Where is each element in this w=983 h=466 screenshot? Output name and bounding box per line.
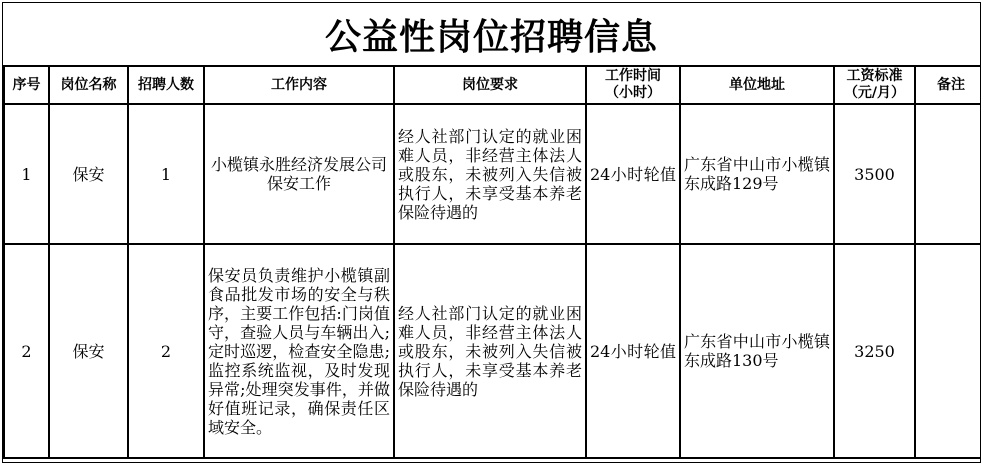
cell-salary: 3500 <box>834 104 915 244</box>
page-title: 公益性岗位招聘信息 <box>325 9 658 60</box>
cell-requirements: 经人社部门认定的就业困难人员，非经营主体法人或股东，未被列入失信被执行人，未享受… <box>394 104 586 244</box>
col-header-requirements: 岗位要求 <box>394 66 586 104</box>
title-bar: 公益性岗位招聘信息 <box>3 3 980 65</box>
col-header-notes: 备注 <box>915 66 981 104</box>
cell-address: 广东省中山市小榄镇东成路130号 <box>680 244 834 458</box>
cell-position: 保安 <box>49 244 128 458</box>
cell-duties: 保安员负责维护小榄镇副食品批发市场的安全与秩序，主要工作包括:门岗值守，查验人员… <box>204 244 394 458</box>
cell-position: 保安 <box>49 104 128 244</box>
cell-hours: 24小时轮值 <box>586 104 680 244</box>
col-header-seq: 序号 <box>4 66 49 104</box>
cell-headcount: 2 <box>128 244 204 458</box>
col-header-position: 岗位名称 <box>49 66 128 104</box>
cell-notes <box>915 104 981 244</box>
cell-salary: 3250 <box>834 244 915 458</box>
table-body: 1 保安 1 小榄镇永胜经济发展公司保安工作 经人社部门认定的就业困难人员，非经… <box>4 104 981 458</box>
table-header: 序号 岗位名称 招聘人数 工作内容 岗位要求 工作时间 （小时） 单位地址 工资… <box>4 66 981 104</box>
recruitment-table: 序号 岗位名称 招聘人数 工作内容 岗位要求 工作时间 （小时） 单位地址 工资… <box>3 65 981 459</box>
header-row: 序号 岗位名称 招聘人数 工作内容 岗位要求 工作时间 （小时） 单位地址 工资… <box>4 66 981 104</box>
table-row: 2 保安 2 保安员负责维护小榄镇副食品批发市场的安全与秩序，主要工作包括:门岗… <box>4 244 981 458</box>
col-header-headcount: 招聘人数 <box>128 66 204 104</box>
cell-requirements: 经人社部门认定的就业困难人员，非经营主体法人或股东，未被列入失信被执行人，未享受… <box>394 244 586 458</box>
cell-address: 广东省中山市小榄镇东成路129号 <box>680 104 834 244</box>
cell-hours: 24小时轮值 <box>586 244 680 458</box>
col-header-salary: 工资标准 （元/月） <box>834 66 915 104</box>
table-row: 1 保安 1 小榄镇永胜经济发展公司保安工作 经人社部门认定的就业困难人员，非经… <box>4 104 981 244</box>
cell-duties: 小榄镇永胜经济发展公司保安工作 <box>204 104 394 244</box>
col-header-duties: 工作内容 <box>204 66 394 104</box>
cell-seq: 2 <box>4 244 49 458</box>
col-header-address: 单位地址 <box>680 66 834 104</box>
cell-seq: 1 <box>4 104 49 244</box>
document-sheet: 公益性岗位招聘信息 序号 岗位名称 招聘人数 工作内容 岗位要求 工作时间 （小… <box>2 2 981 463</box>
cell-notes <box>915 244 981 458</box>
col-header-hours: 工作时间 （小时） <box>586 66 680 104</box>
cell-headcount: 1 <box>128 104 204 244</box>
